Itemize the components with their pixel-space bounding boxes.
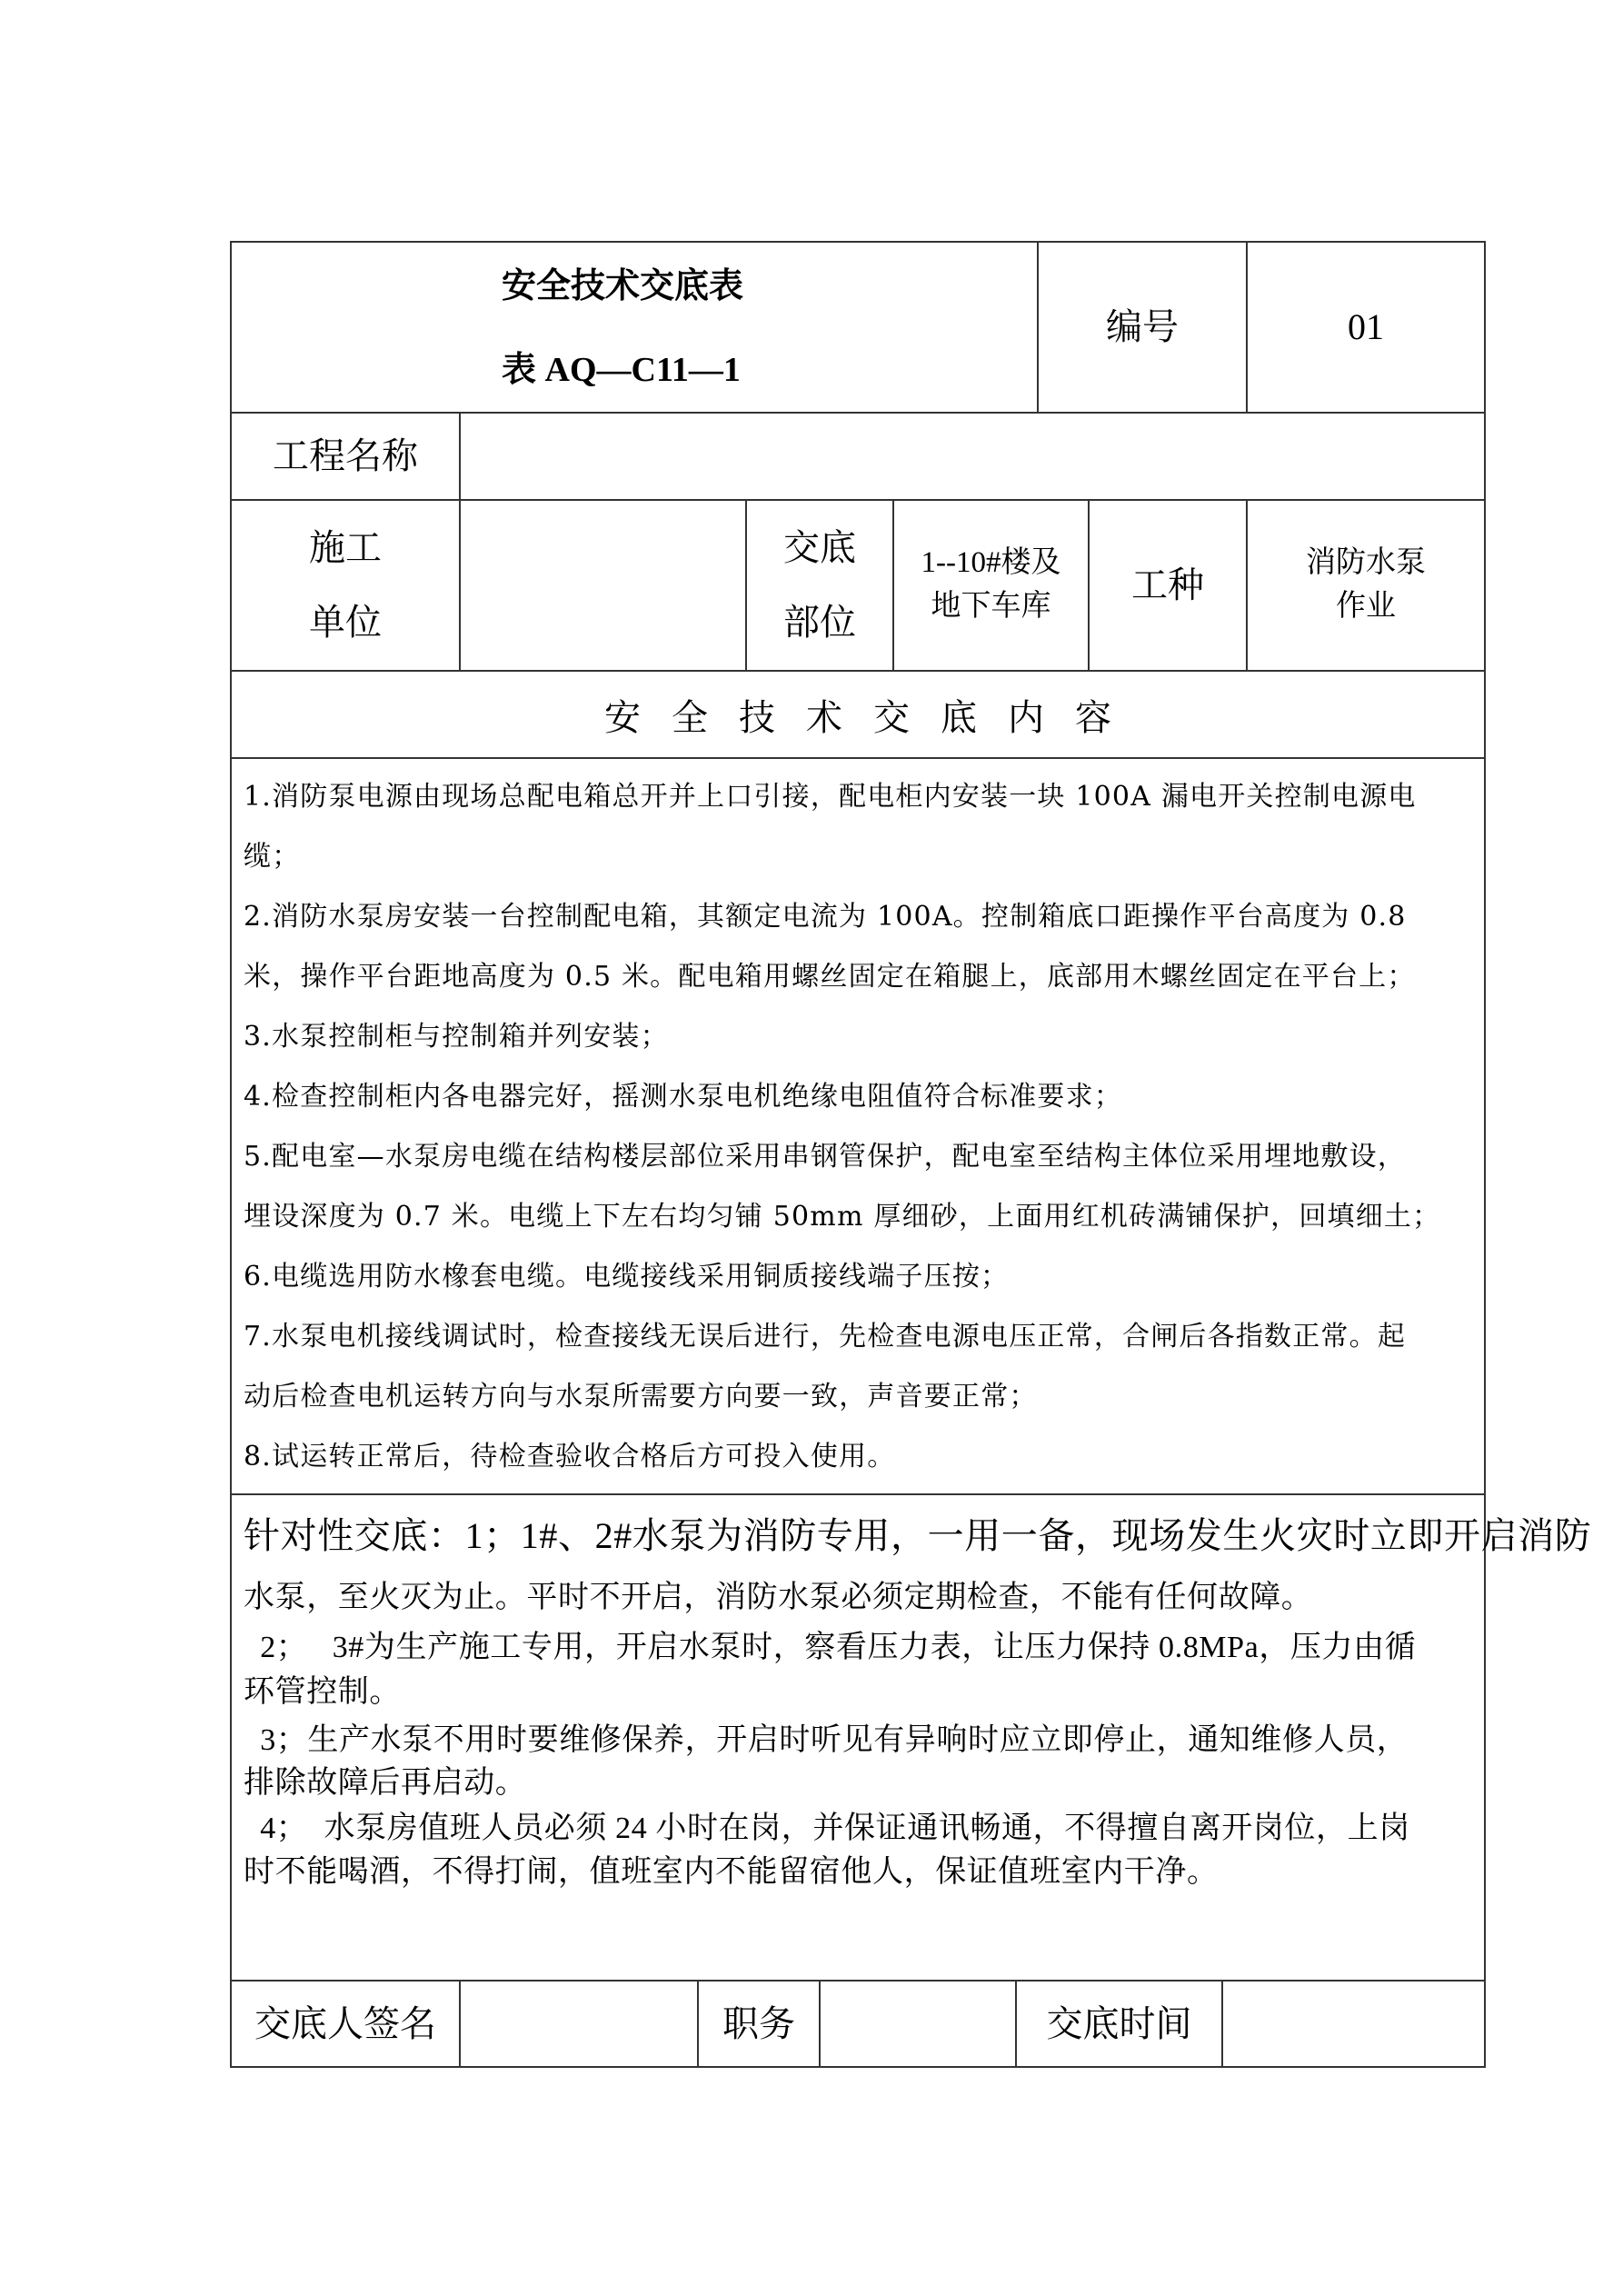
position-field[interactable] [821,1982,1015,2066]
briefing-location-value-line1: 1--10#楼及 [921,541,1061,584]
content-line: 5.配电室—水泵房电缆在结构楼层部位采用串钢管保护，配电室至结构主体位采用埋地敷… [244,1143,1406,1171]
content-line: 米，操作平台距地高度为 0.5 米。配电箱用螺丝固定在箱腿上，底部用木螺丝固定在… [244,963,1416,991]
construction-unit-label: 施工 单位 [232,501,459,670]
construction-unit-field[interactable] [461,501,745,670]
safety-briefing-form: 安全技术交底表 表 AQ—C11—1 编号 01 工程名称 施工 单位 交底 部… [0,0,1623,2296]
content-section-heading: 安全技术交底内容 [263,672,1484,757]
content-line: 6.电缆选用防水橡套电缆。电缆接线采用铜质接线端子压按； [244,1263,1009,1291]
targeted-line: 水泵，至火灭为止。平时不开启，消防水泵必须定期检查，不能有任何故障。 [244,1582,1312,1613]
targeted-line: 时不能喝酒，不得打闹，值班室内不能留宿他人，保证值班室内干净。 [244,1857,1219,1888]
number-value[interactable]: 01 [1248,243,1484,412]
content-line: 2.消防水泵房安装一台控制配电箱，其额定电流为 100A。控制箱底口距操作平台高… [244,903,1407,931]
trade-label: 工种 [1090,501,1246,670]
content-line: 8.试运转正常后，待检查验收合格后方可投入使用。 [244,1443,895,1471]
form-code: 表 AQ—C11—1 [502,353,741,387]
trade-value-line2: 作业 [1336,584,1396,628]
targeted-line: 排除故障后再启动。 [244,1768,526,1799]
briefing-location-value[interactable]: 1--10#楼及 地下车库 [894,501,1088,670]
targeted-line: 针对性交底：1；1#、2#水泵为消防专用，一用一备，现场发生火灾时立即开启消防 [244,1518,1591,1554]
briefing-location-label: 交底 部位 [747,501,892,670]
signer-field[interactable] [461,1982,697,2066]
number-label: 编号 [1039,243,1246,412]
project-name-label: 工程名称 [232,414,459,499]
position-label: 职务 [699,1982,819,2066]
table-border-right [1484,241,1486,2068]
content-line: 1.消防泵电源由现场总配电箱总开并上口引接，配电柜内安装一块 100A 漏电开关… [244,784,1417,811]
content-line: 3.水泵控制柜与控制箱并列安装； [244,1023,669,1051]
construction-unit-label-line2: 单位 [309,604,382,641]
targeted-line: 2； 3#为生产施工专用，开启水泵时，察看压力表，让压力保持 0.8MPa，压力… [244,1632,1416,1663]
briefing-time-field[interactable] [1223,1982,1484,2066]
targeted-line: 3；生产水泵不用时要维修保养，开启时听见有异响时应立即停止，通知维修人员， [244,1725,1408,1756]
briefing-location-label-line2: 部位 [783,604,856,641]
briefing-location-value-line2: 地下车库 [931,584,1050,628]
trade-value-line1: 消防水泵 [1306,541,1426,584]
content-line: 4.检查控制柜内各电器完好，摇测水泵电机绝缘电阻值符合标准要求； [244,1083,1122,1111]
content-line: 动后检查电机运转方向与水泵所需要方向要一致，声音要正常； [244,1383,1038,1411]
construction-unit-label-line1: 施工 [309,530,382,566]
briefing-location-label-line1: 交底 [783,530,856,566]
project-name-field[interactable] [461,414,1484,499]
row-divider [230,1493,1486,1495]
content-line: 7.水泵电机接线调试时，检查接线无误后进行，先检查电源电压正常，合闸后各指数正常… [244,1323,1406,1351]
row-divider [230,757,1486,759]
targeted-line: 4； 水泵房值班人员必须 24 小时在岗，并保证通讯畅通，不得擅自离开岗位，上岗 [244,1813,1410,1844]
briefing-time-label: 交底时间 [1017,1982,1221,2066]
content-line: 缆； [244,844,300,871]
targeted-line: 环管控制。 [244,1677,401,1708]
table-border-bottom [230,2066,1486,2068]
form-title: 安全技术交底表 [502,269,743,304]
signer-label: 交底人签名 [232,1982,459,2066]
content-line: 埋设深度为 0.7 米。电缆上下左右均匀铺 50mm 厚细砂，上面用红机砖满铺保… [244,1203,1440,1231]
trade-value[interactable]: 消防水泵 作业 [1248,501,1484,670]
